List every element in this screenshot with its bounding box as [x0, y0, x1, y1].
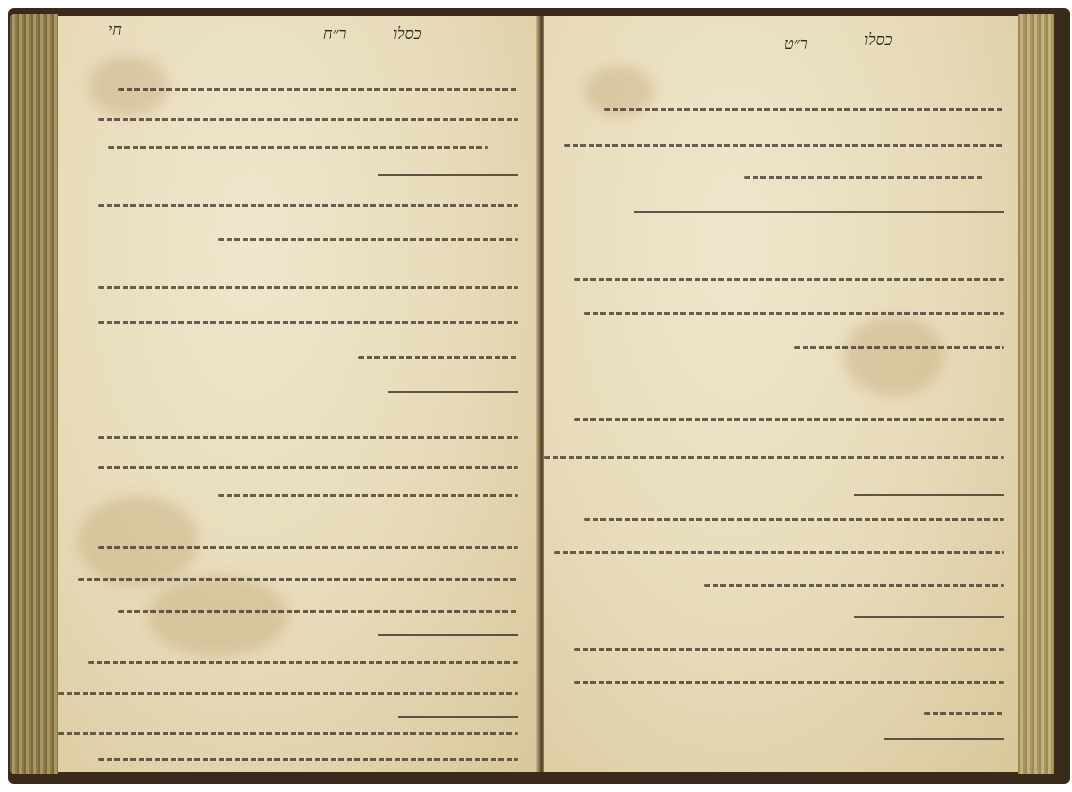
left-header-right: כסלו — [393, 24, 422, 44]
right-page: ר״ט כסלו — [544, 16, 1018, 772]
page-edges-left — [10, 14, 58, 774]
right-header-right: כסלו — [864, 30, 893, 50]
left-header-center: ר״ח — [323, 24, 346, 44]
right-header-center: ר״ט — [784, 34, 808, 54]
left-page-number: חי — [108, 20, 122, 40]
page-edges-right — [1018, 14, 1054, 774]
left-page: חי ר״ח כסלו — [58, 16, 538, 772]
